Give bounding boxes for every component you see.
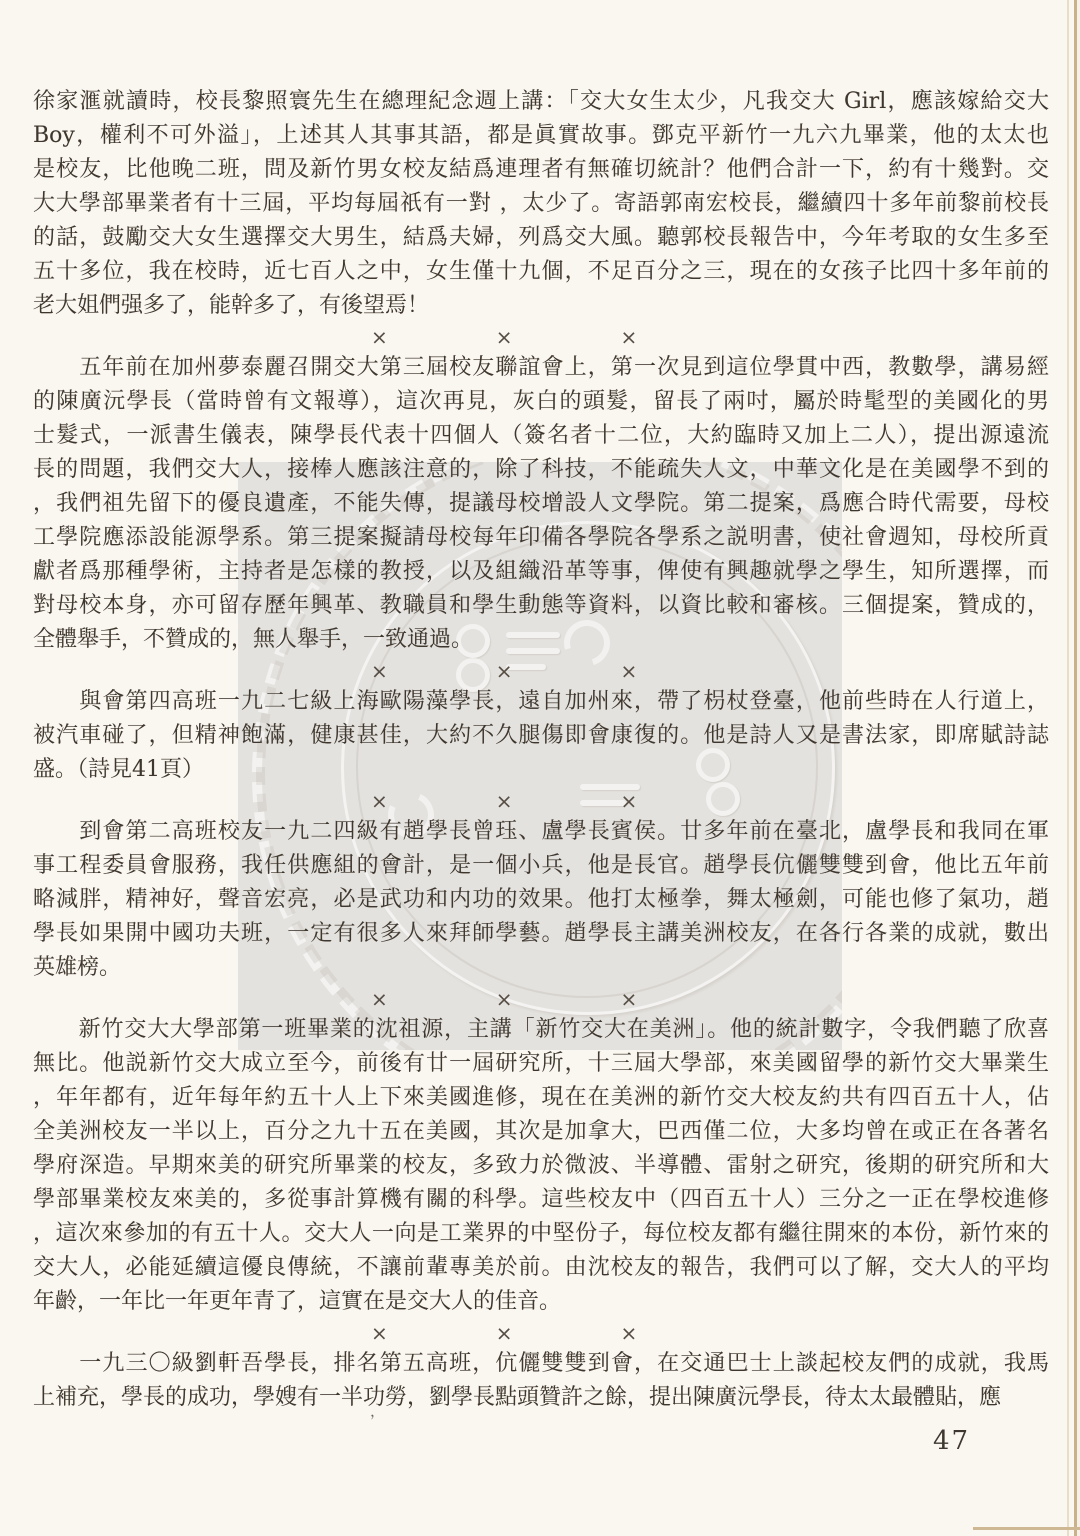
separator-x-mark: × [621, 989, 638, 1009]
text-line: 五十多位，我在校時，近七百人之中，女生僅十九個，不足百分之三，現在的女孩子比四十… [33, 255, 1049, 289]
section-separator: × × × [33, 323, 1049, 351]
text-line: 老大姐們强多了，能幹多了，有後望焉！ [33, 289, 1049, 323]
separator-x-mark: × [621, 327, 638, 347]
section-separator: × × × [33, 985, 1049, 1013]
section-separator: × × × [33, 657, 1049, 685]
text-line: 與會第四高班一九二七級上海歐陽藻學長，遠自加州來，帶了枴杖登臺，他前些時在人行道… [33, 685, 1049, 719]
text-line: 年齡，一年比一年更年青了，這實在是交大人的佳音。 [33, 1285, 1049, 1319]
text-line: 學府深造。早期來美的研究所畢業的校友，多致力於微波、半導體、雷射之研究，後期的研… [33, 1149, 1049, 1183]
text-line: 盛。（詩見41頁） [33, 753, 1049, 787]
text-line: 被汽車碰了，但精神飽滿，健康甚佳，大約不久腿傷即會康復的。他是詩人又是書法家，即… [33, 719, 1049, 753]
text-line: 一九三〇級劉軒吾學長，排名第五高班，伉儷雙雙到會，在交通巴士上談起校友們的成就，… [33, 1347, 1049, 1381]
text-line: 新竹交大大學部第一班畢業的沈祖源，主講「新竹交大在美洲」。他的統計數字，令我們聽… [33, 1013, 1049, 1047]
text-line: 無比。他説新竹交大成立至今，前後有廿一屆研究所，十三屆大學部，來美國留學的新竹交… [33, 1047, 1049, 1081]
paragraph: 與會第四高班一九二七級上海歐陽藻學長，遠自加州來，帶了枴杖登臺，他前些時在人行道… [33, 685, 1049, 787]
paragraph: 一九三〇級劉軒吾學長，排名第五高班，伉儷雙雙到會，在交通巴士上談起校友們的成就，… [33, 1347, 1049, 1415]
text-line: Boy，權利不可外溢」，上述其人其事其語，都是眞實故事。鄧克平新竹一九六九畢業，… [33, 119, 1049, 153]
text-line: 的話，鼓勵交大女生選擇交大男生，結爲夫婦，列爲交大風。聽郭校長報告中，今年考取的… [33, 221, 1049, 255]
ink-artifact: ， [370, 1400, 385, 1421]
separator-x-mark: × [496, 1323, 513, 1343]
separator-x-mark: × [621, 791, 638, 811]
text-line: 全美洲校友一半以上，百分之九十五在美國，其次是加拿大，巴西僅二位，大多均曾在或正… [33, 1115, 1049, 1149]
separator-x-mark: × [371, 661, 388, 681]
paragraph: 五年前在加州夢泰麗召開交大第三屆校友聯誼會上，第一次見到這位學貫中西，教數學，講… [33, 351, 1049, 657]
page-edge-line [1074, 0, 1077, 1536]
text-line: 對母校本身，亦可留存歷年興革、教職員和學生動態等資料，以資比較和審核。三個提案，… [33, 589, 1049, 623]
page-edge-line [1067, 0, 1069, 1536]
text-line: 的陳廣沅學長（當時曾有文報導），這次再見，灰白的頭髮，留長了兩吋，屬於時髦型的美… [33, 385, 1049, 419]
text-line: ，這次來參加的有五十人。交大人一向是工業界的中堅份子，每位校友都有繼往開來的本份… [33, 1217, 1049, 1251]
separator-x-mark: × [371, 327, 388, 347]
separator-x-mark: × [371, 1323, 388, 1343]
text-line: 學長如果開中國功夫班，一定有很多人來拜師學藝。趙學長主講美洲校友，在各行各業的成… [33, 917, 1049, 951]
text-line: 獻者爲那種學術，主持者是怎樣的教授，以及組織沿革等事，俾使有興趣就學之學生，知所… [33, 555, 1049, 589]
text-line: 上補充，學長的成功，學嫂有一半功勞，劉學長點頭贊許之餘，提出陳廣沅學長，待太太最… [33, 1381, 1049, 1415]
separator-x-mark: × [621, 661, 638, 681]
text-line: 略減胖，精神好，聲音宏亮，必是武功和内功的效果。他打太極拳，舞太極劍，可能也修了… [33, 883, 1049, 917]
paragraph: 徐家滙就讀時，校長黎照寰先生在總理紀念週上講：「交大女生太少，凡我交大 Girl… [33, 85, 1049, 323]
page-text: 徐家滙就讀時，校長黎照寰先生在總理紀念週上講：「交大女生太少，凡我交大 Girl… [33, 85, 1049, 1415]
page-number: 47 [933, 1426, 970, 1456]
text-line: 英雄榜。 [33, 951, 1049, 985]
text-line: 五年前在加州夢泰麗召開交大第三屆校友聯誼會上，第一次見到這位學貫中西，教數學，講… [33, 351, 1049, 385]
text-line: 到會第二高班校友一九二四級有趙學長曾珏、盧學長賓侯。廿多年前在臺北，盧學長和我同… [33, 815, 1049, 849]
paragraph: 新竹交大大學部第一班畢業的沈祖源，主講「新竹交大在美洲」。他的統計數字，令我們聽… [33, 1013, 1049, 1319]
section-separator: × × × [33, 1319, 1049, 1347]
scanned-page: 徐家滙就讀時，校長黎照寰先生在總理紀念週上講：「交大女生太少，凡我交大 Girl… [0, 0, 1080, 1536]
separator-x-mark: × [371, 989, 388, 1009]
separator-x-mark: × [496, 791, 513, 811]
text-line: 交大人，必能延續這優良傳統，不讓前輩專美於前。由沈校友的報告，我們可以了解，交大… [33, 1251, 1049, 1285]
text-line: 事工程委員會服務，我任供應組的會計，是一個小兵，他是長官。趙學長伉儷雙雙到會，他… [33, 849, 1049, 883]
separator-x-mark: × [371, 791, 388, 811]
text-line: 工學院應添設能源學系。第三提案擬請母校每年印備各學院各學系之説明書，使社會週知，… [33, 521, 1049, 555]
section-separator: × × × [33, 787, 1049, 815]
separator-x-mark: × [621, 1323, 638, 1343]
separator-x-mark: × [496, 989, 513, 1009]
page-edge-line [973, 1527, 1080, 1530]
text-line: 徐家滙就讀時，校長黎照寰先生在總理紀念週上講：「交大女生太少，凡我交大 Girl… [33, 85, 1049, 119]
separator-x-mark: × [496, 661, 513, 681]
text-line: ，年年都有，近年每年約五十人上下來美國進修，現在在美洲的新竹交大校友約共有四百五… [33, 1081, 1049, 1115]
text-line: 是校友，比他晚二班，問及新竹男女校友結爲連理者有無確切統計？他們合計一下，約有十… [33, 153, 1049, 187]
text-line: 大大學部畢業者有十三屆，平均每屆祇有一對 ，太少了。寄語郭南宏校長，繼續四十多年… [33, 187, 1049, 221]
text-line: 士髮式，一派書生儀表，陳學長代表十四個人（簽名者十二位，大約臨時又加上二人），提… [33, 419, 1049, 453]
text-line: ，我們祖先留下的優良遺產，不能失傳，提議母校增設人文學院。第二提案，爲應合時代需… [33, 487, 1049, 521]
text-line: 全體舉手，不贊成的，無人舉手，一致通過。 [33, 623, 1049, 657]
text-line: 長的問題，我們交大人，接棒人應該注意的，除了科技，不能疏失人文，中華文化是在美國… [33, 453, 1049, 487]
text-line: 學部畢業校友來美的，多從事計算機有關的科學。這些校友中（四百五十人）三分之一正在… [33, 1183, 1049, 1217]
paragraph: 到會第二高班校友一九二四級有趙學長曾珏、盧學長賓侯。廿多年前在臺北，盧學長和我同… [33, 815, 1049, 985]
separator-x-mark: × [496, 327, 513, 347]
